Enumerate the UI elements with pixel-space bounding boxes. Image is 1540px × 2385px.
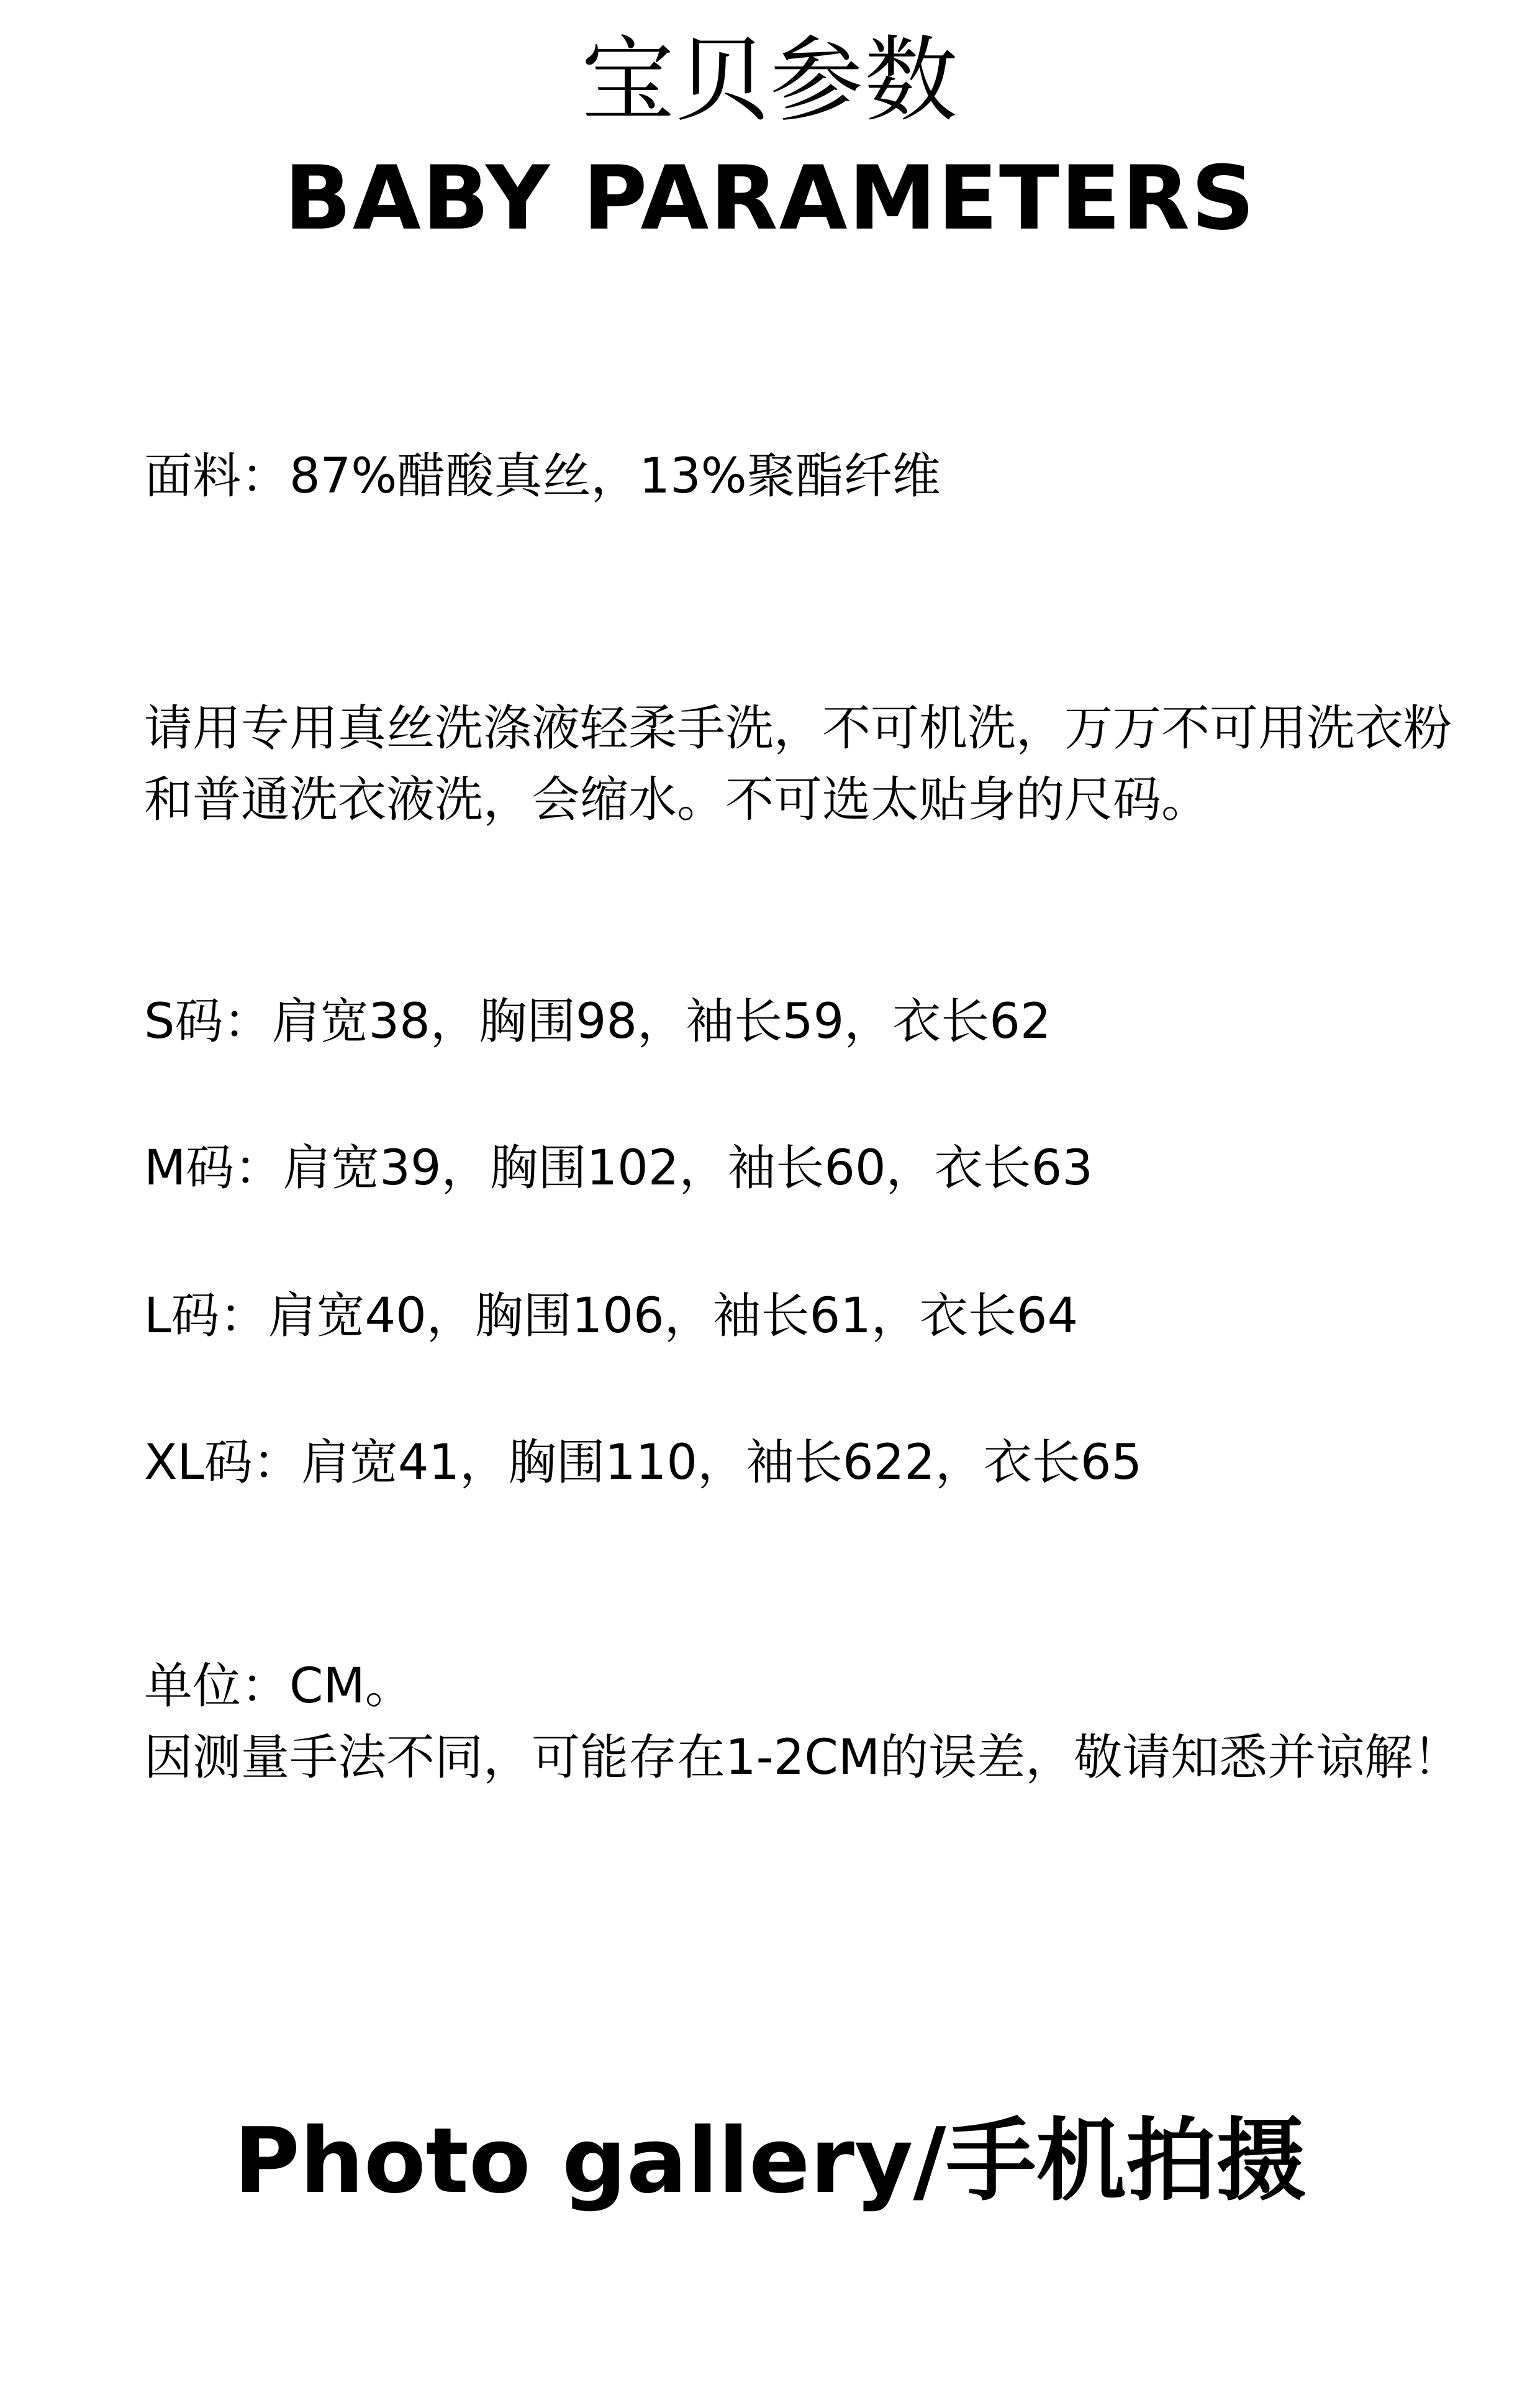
unit-note: 单位：CM。 <box>144 1652 414 1720</box>
size-row-m: M码：肩宽39，胸围102，袖长60，衣长63 <box>144 1134 1093 1202</box>
size-row-l: L码：肩宽40，胸围106，袖长61，衣长64 <box>144 1282 1078 1350</box>
photo-gallery-heading: Photo gallery/手机拍摄 <box>0 2099 1540 2224</box>
size-row-xl: XL码：肩宽41，胸围110，袖长622，衣长65 <box>144 1429 1142 1497</box>
fabric-composition: 面料：87%醋酸真丝，13%聚酯纤维 <box>144 442 941 511</box>
measurement-error-note: 因测量手法不同，可能存在1-2CM的误差，敬请知悉并谅解！ <box>144 1724 1461 1792</box>
care-instructions-line-2: 和普通洗衣液洗，会缩水。不可选太贴身的尺码。 <box>144 766 1210 834</box>
page-title-chinese: 宝贝参数 <box>0 25 1540 137</box>
page-title-english: BABY PARAMETERS <box>0 140 1540 258</box>
care-instructions-line-1: 请用专用真丝洗涤液轻柔手洗，不可机洗，万万不可用洗衣粉 <box>144 694 1452 763</box>
size-row-s: S码：肩宽38，胸围98，袖长59，衣长62 <box>144 988 1051 1056</box>
